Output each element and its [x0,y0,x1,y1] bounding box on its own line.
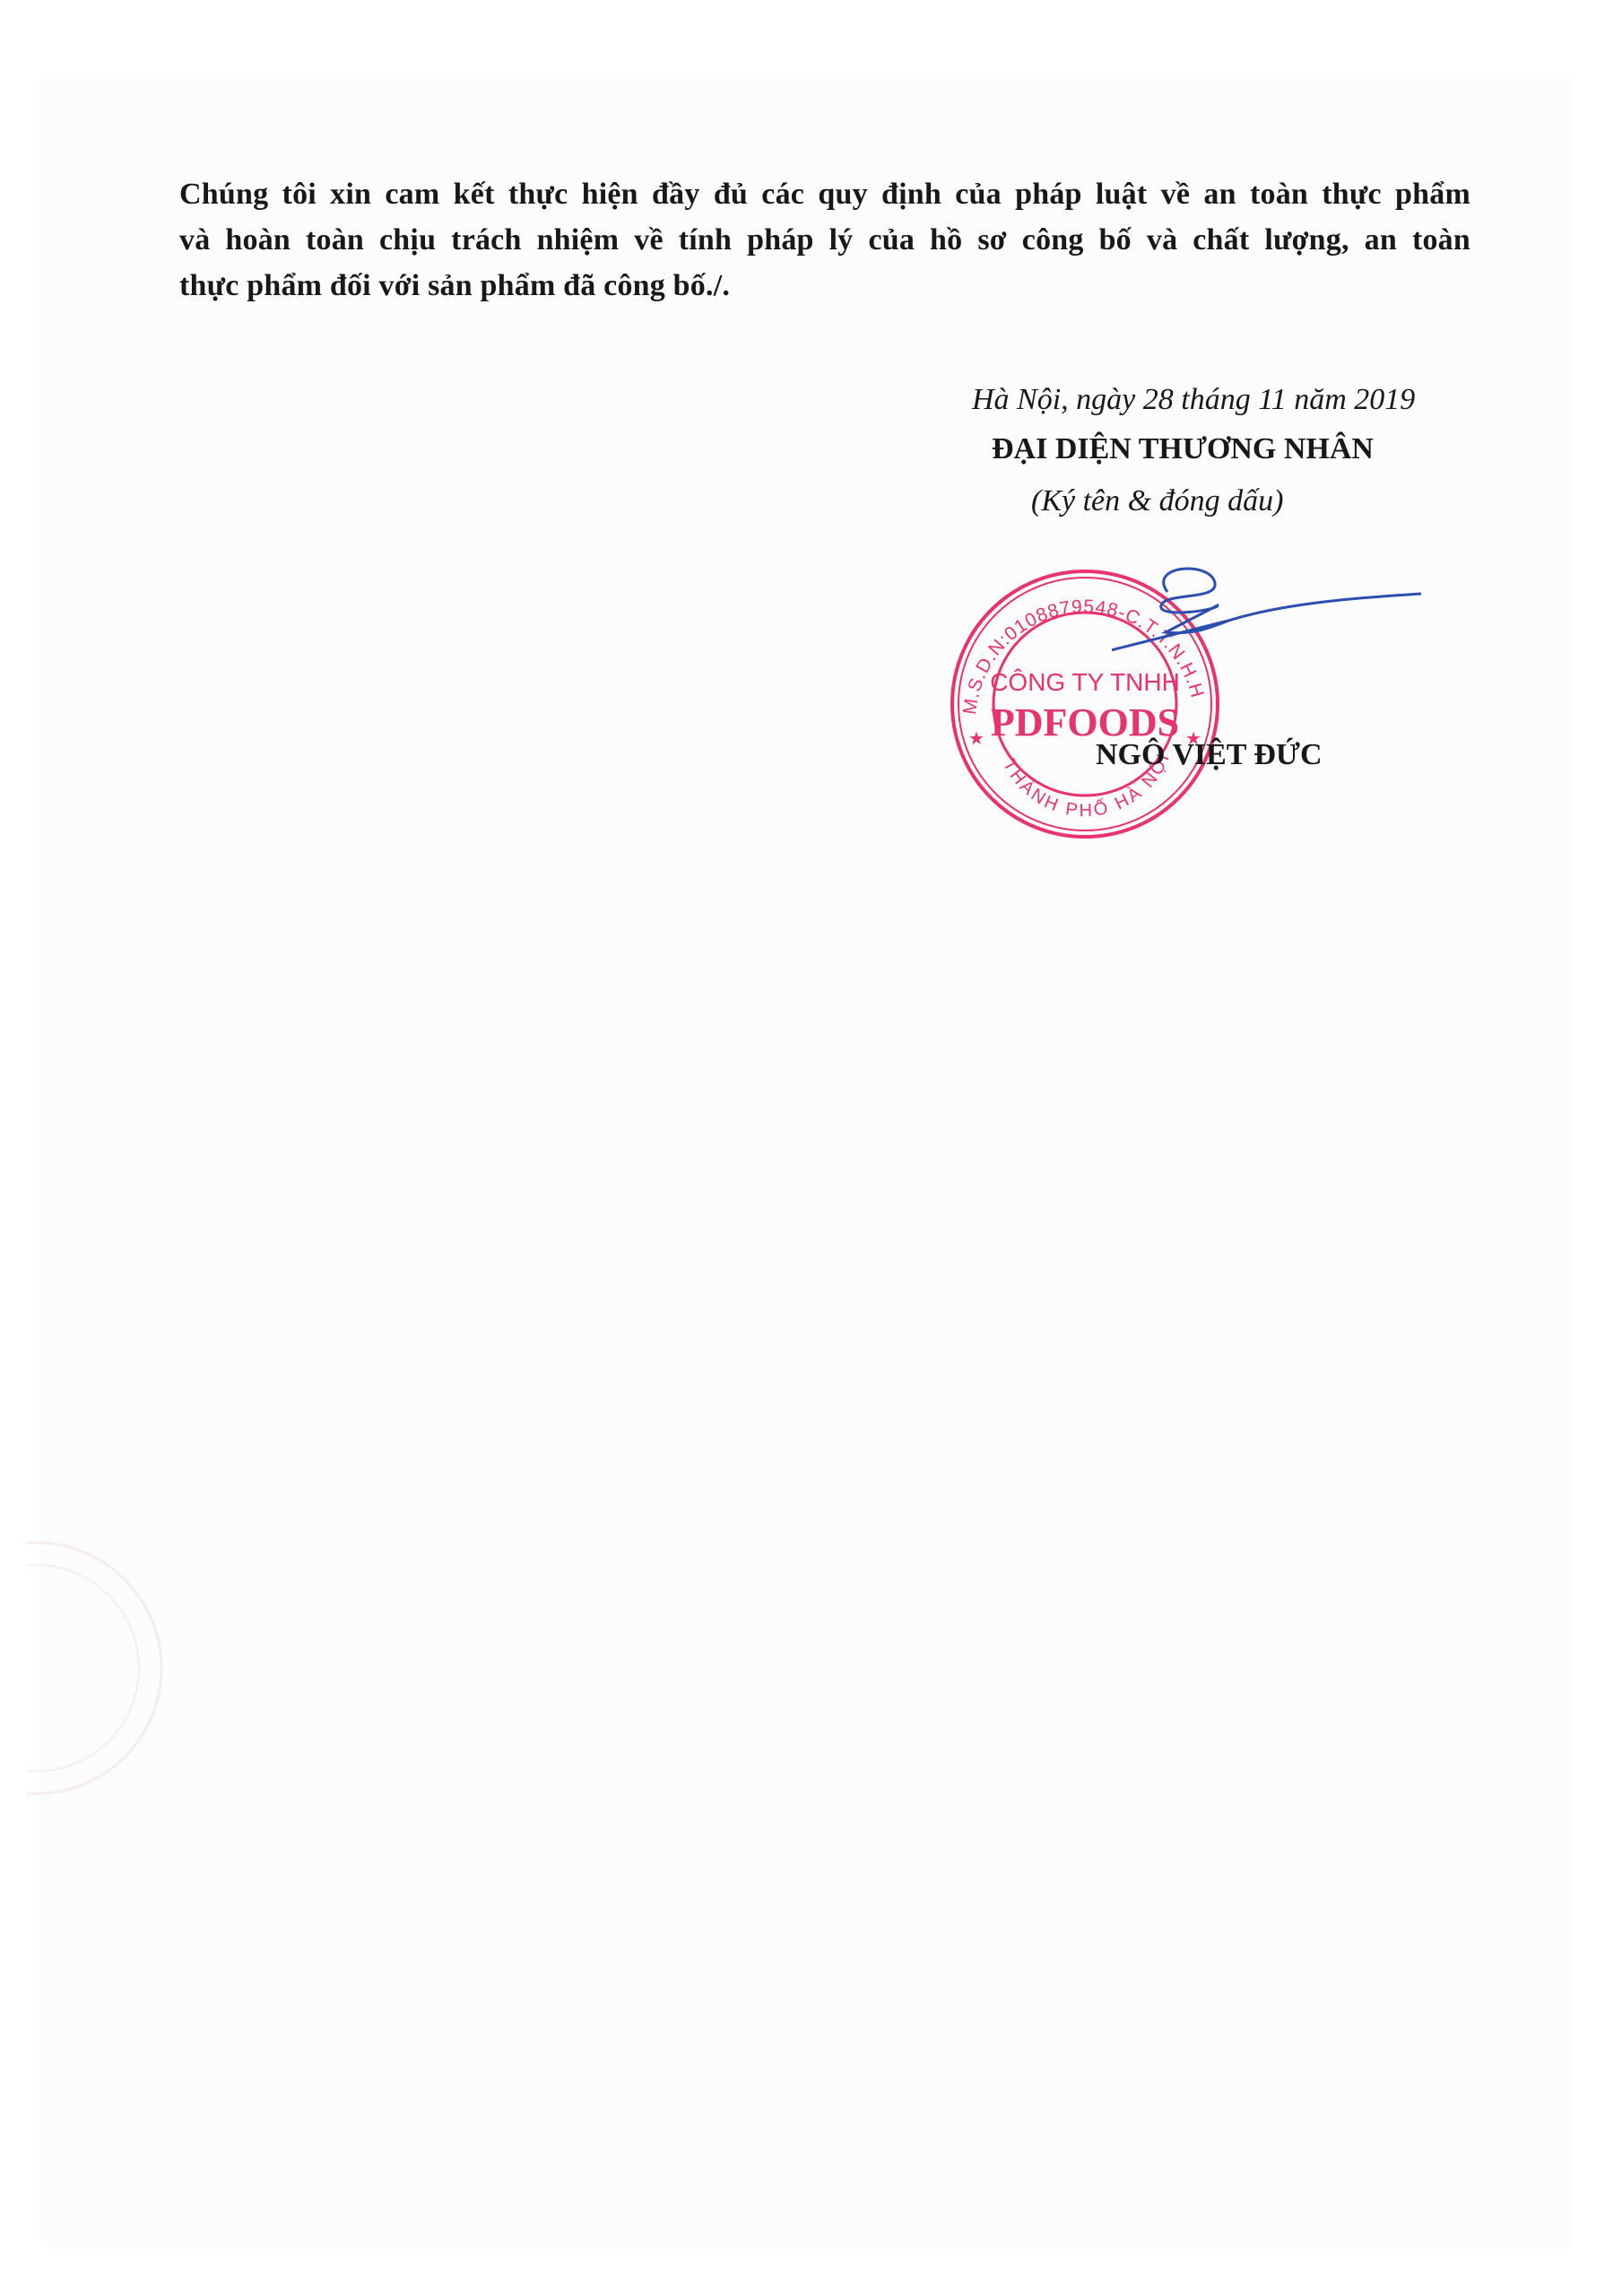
sign-and-seal-note: (Ký tên & đóng dấu) [1031,484,1283,518]
representative-title: ĐẠI DIỆN THƯƠNG NHÂN [992,432,1374,466]
paragraph-line: thực phẩm đối với sản phẩm đã công bố./. [179,263,1470,309]
bleed-through-stamp [27,1525,170,1812]
paragraph-line: và hoàn toàn chịu trách nhiệm về tính ph… [179,217,1470,263]
star-icon: ★ [968,729,984,749]
place-date: Hà Nội, ngày 28 tháng 11 năm 2019 [972,383,1415,417]
commitment-paragraph: Chúng tôi xin cam kết thực hiện đầy đủ c… [179,171,1470,309]
signer-name: NGÔ VIỆT ĐỨC [1096,738,1323,772]
paragraph-line: Chúng tôi xin cam kết thực hiện đầy đủ c… [179,171,1470,217]
handwritten-signature [1112,565,1435,673]
